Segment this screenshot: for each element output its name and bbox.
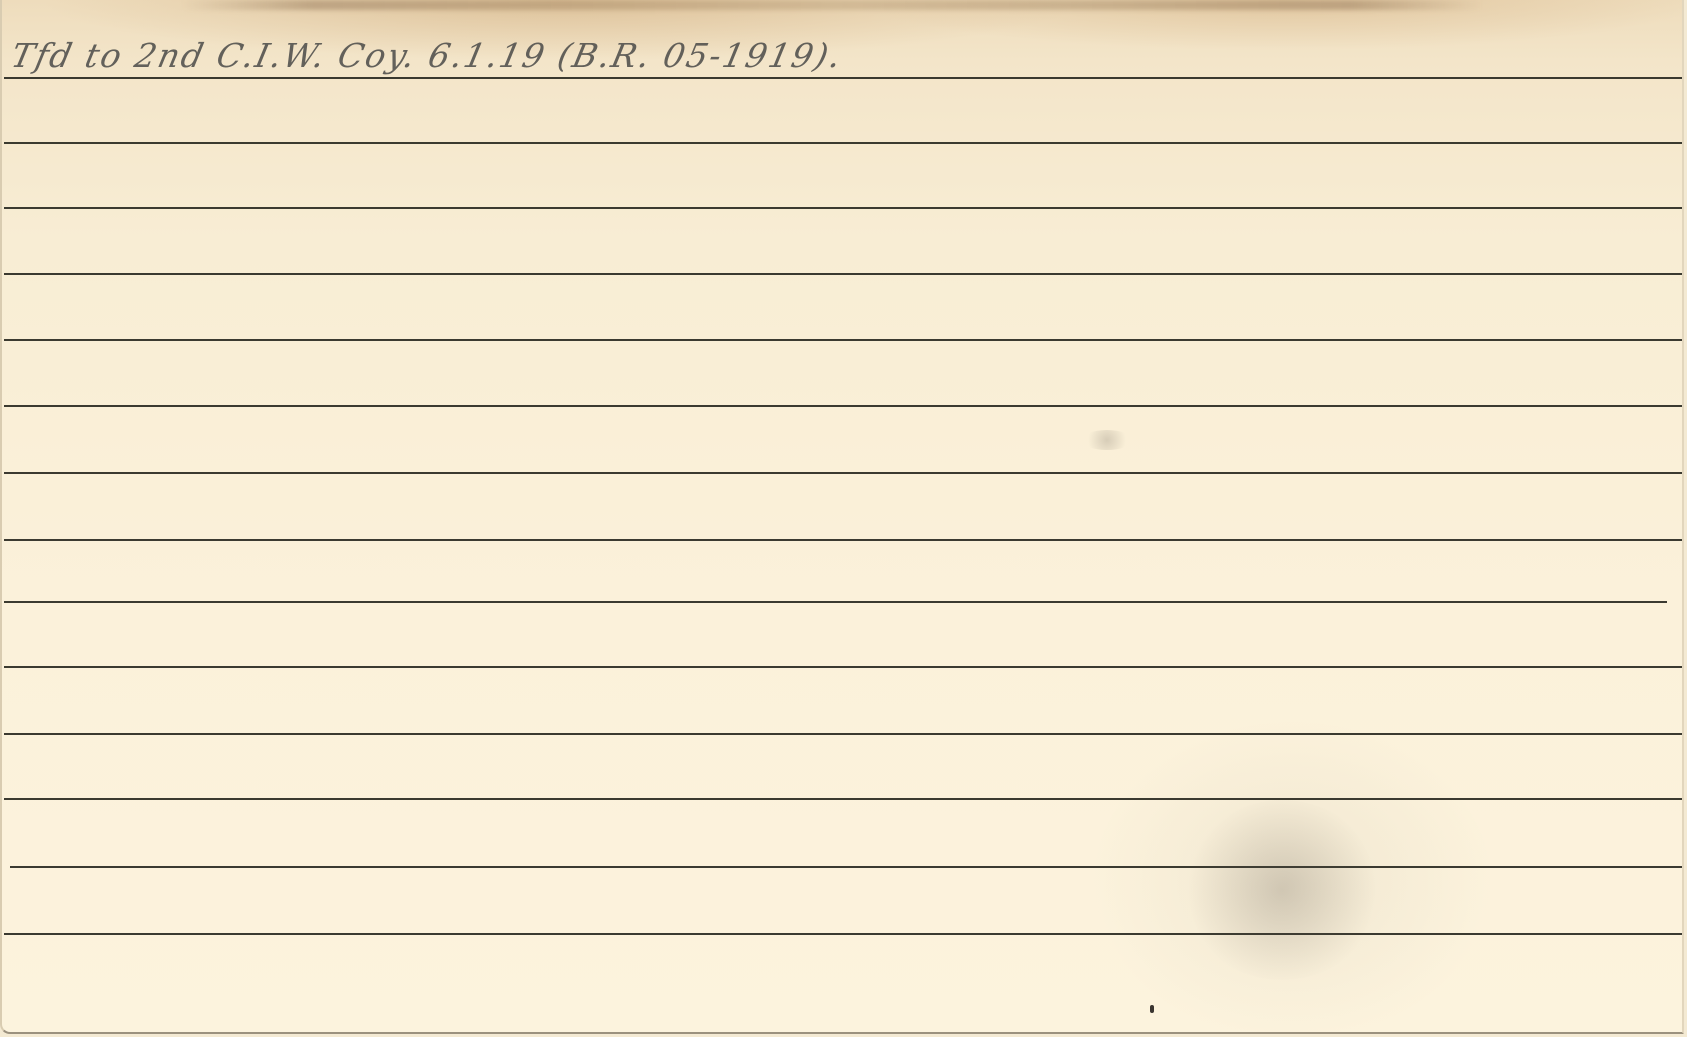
ruled-line	[4, 733, 1682, 735]
ruled-line	[4, 273, 1682, 275]
ruled-line	[4, 405, 1682, 407]
handwritten-entry: Tfd to 2nd C.I.W. Coy. 6.1.19 (B.R. 05-1…	[8, 36, 847, 75]
ruled-line	[4, 142, 1682, 144]
ruled-line	[4, 601, 1667, 603]
top-edge-stain	[182, 0, 1482, 10]
ruled-line	[4, 933, 1682, 935]
index-card: Tfd to 2nd C.I.W. Coy. 6.1.19 (B.R. 05-1…	[0, 0, 1684, 1034]
ruled-line	[4, 207, 1682, 209]
ruled-line	[4, 339, 1682, 341]
ruled-line	[4, 539, 1682, 541]
ruled-line	[4, 666, 1682, 668]
ruled-line	[4, 77, 1682, 79]
ruled-line	[4, 798, 1682, 800]
ruled-line	[10, 866, 1682, 868]
faint-mark	[1082, 430, 1132, 450]
ruled-line	[4, 472, 1682, 474]
ink-speck	[1150, 1005, 1154, 1013]
ink-smudge	[1182, 800, 1382, 980]
